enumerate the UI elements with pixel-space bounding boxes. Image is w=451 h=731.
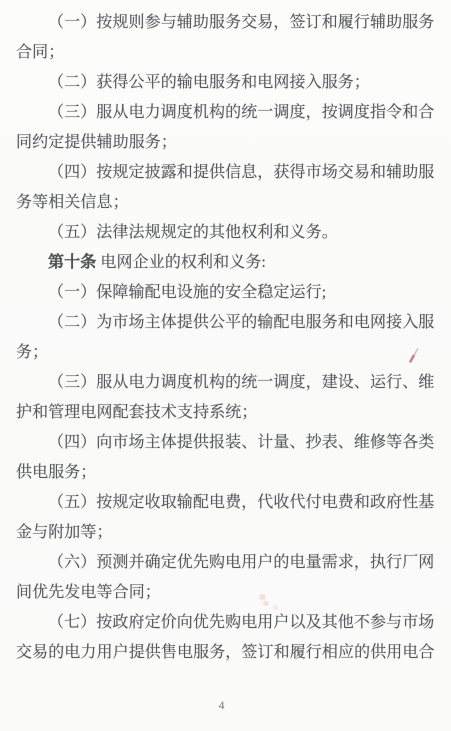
smudge-dot bbox=[273, 605, 278, 610]
smudge-dot bbox=[259, 594, 266, 600]
text-line: 合同； bbox=[16, 38, 436, 68]
text-line: （一）按规则参与辅助服务交易，签订和履行辅助服务 bbox=[16, 8, 436, 38]
document-text-block: （一）按规则参与辅助服务交易，签订和履行辅助服务 合同； （二）获得公平的输电服… bbox=[16, 8, 436, 668]
smudge-dot bbox=[263, 601, 269, 606]
text-line: （七）按政府定价向优先购电用户以及其他不参与市场 bbox=[16, 608, 436, 638]
text-line: （五）法律法规规定的其他权利和义务。 bbox=[16, 218, 436, 248]
scanned-document-page: （一）按规则参与辅助服务交易，签订和履行辅助服务 合同； （二）获得公平的输电服… bbox=[0, 0, 451, 731]
text-line: 交易的电力用户提供售电服务，签订和履行相应的供用电合 bbox=[16, 638, 436, 668]
text-line: 护和管理电网配套技术支持系统； bbox=[16, 398, 436, 428]
text-line: （五）按规定收取输配电费，代收代付电费和政府性基 bbox=[16, 488, 436, 518]
text-line: 供电服务； bbox=[16, 458, 436, 488]
text-line: （一）保障输配电设施的安全稳定运行; bbox=[16, 278, 436, 308]
article-number-label: 第十条 bbox=[48, 254, 96, 271]
pink-smudge-mark bbox=[253, 592, 287, 614]
text-line: （三）服从电力调度机构的统一调度，按调度指令和合 bbox=[16, 98, 436, 128]
article-heading-text: 电网企业的权利和义务: bbox=[96, 254, 266, 271]
text-line: （四）向市场主体提供报装、计量、抄表、维修等各类 bbox=[16, 428, 436, 458]
text-line: 同约定提供辅助服务； bbox=[16, 128, 436, 158]
red-pen-mark-icon bbox=[405, 345, 421, 365]
text-line: （三）服从电力调度机构的统一调度，建设、运行、维 bbox=[16, 368, 436, 398]
text-line: （二）为市场主体提供公平的输配电服务和电网接入服 bbox=[16, 308, 436, 338]
page-number: 4 bbox=[0, 699, 443, 714]
text-line: 间优先发电等合同； bbox=[16, 578, 436, 608]
text-line: （四）按规定披露和提供信息，获得市场交易和辅助服 bbox=[16, 158, 436, 188]
text-line: 金与附加等； bbox=[16, 518, 436, 548]
text-line: （六）预测并确定优先购电用户的电量需求，执行厂网 bbox=[16, 548, 436, 578]
text-line: 务等相关信息； bbox=[16, 188, 436, 218]
text-line: （二）获得公平的输电服务和电网接入服务； bbox=[16, 68, 436, 98]
article-heading: 第十条 电网企业的权利和义务: bbox=[16, 248, 436, 278]
red-pen-stroke-dark bbox=[411, 356, 414, 362]
text-line: 务； bbox=[16, 338, 436, 368]
